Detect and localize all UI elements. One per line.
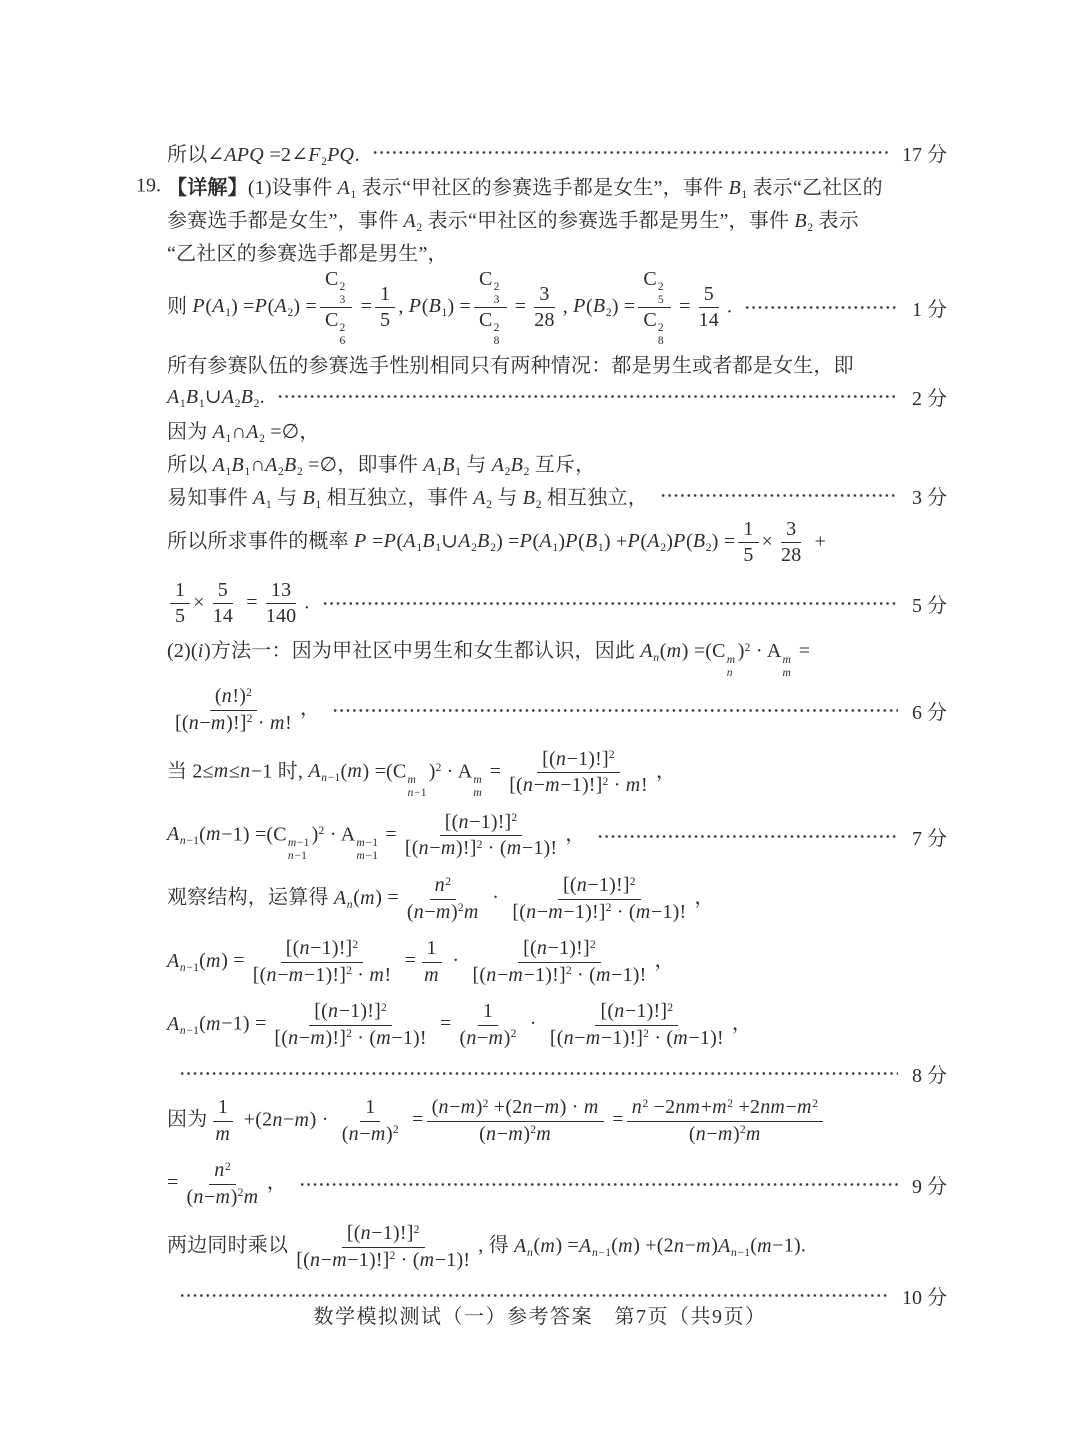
answer-line: An−1(m−1) =[(n−1)!]2[(n−m)!]2 · (m−1)! =… xyxy=(167,994,947,1057)
item-number: 19. xyxy=(136,174,161,197)
answer-line: An−1(m) =[(n−1)!]2[(n−m−1)!]2 · m! =1m ·… xyxy=(167,931,947,994)
answer-line: 19.【详解】(1)设事件 A1 表示“甲社区的参赛选手都是女生”，事件 B1 … xyxy=(167,169,947,202)
answer-line: 所以 A1B1∩A2B2 =∅，即事件 A1B1 与 A2B2 互斥， xyxy=(167,446,947,479)
document-page: 所以∠APQ =2∠F2PQ.17 分19.【详解】(1)设事件 A1 表示“甲… xyxy=(0,0,1080,1452)
dotted-leader xyxy=(299,1180,898,1189)
math-expression: An−1(m−1) =(Cm−1n−1)2 · Am−1m−1 =[(n−1)!… xyxy=(167,811,585,862)
dotted-leader xyxy=(179,1069,898,1078)
answer-line: (2)(i)方法一：因为甲社区中男生和女生都认识，因此 An(m) =(Cmn)… xyxy=(167,634,947,678)
score-label: 7 分 xyxy=(912,822,947,851)
dotted-leader xyxy=(277,392,898,401)
answer-line: “乙社区的参赛选手都是男生”， xyxy=(167,235,947,268)
answer-line: 所以∠APQ =2∠F2PQ.17 分 xyxy=(167,136,947,169)
dotted-leader xyxy=(744,303,898,312)
math-expression: =n2(n−m)2m， xyxy=(167,1159,287,1209)
answer-line: 当 2≤m≤n−1 时, An−1(m) =(Cmn−1)2 · Amm =[(… xyxy=(167,742,947,805)
answer-line: A1B1∪A2B2.2 分 xyxy=(167,380,947,413)
dotted-leader xyxy=(660,491,898,500)
answer-line: 因为 A1∩A2 =∅， xyxy=(167,413,947,446)
math-expression: A1B1∪A2B2. xyxy=(167,384,265,409)
dotted-leader xyxy=(597,832,898,841)
math-expression: 所以所求事件的概率 P =P(A1B1∪A2B2) =P(A1)P(B1) +P… xyxy=(167,518,826,568)
math-expression: 参赛选手都是女生”，事件 A2 表示“甲社区的参赛选手都是男生”，事件 B2 表… xyxy=(167,204,859,233)
answer-line: 所以所求事件的概率 P =P(A1B1∪A2B2) =P(A1)P(B1) +P… xyxy=(167,512,947,573)
score-label: 1 分 xyxy=(912,293,947,322)
math-expression: An−1(m) =[(n−1)!]2[(n−m−1)!]2 · m! =1m ·… xyxy=(167,937,675,987)
math-expression: An−1(m−1) =[(n−1)!]2[(n−m)!]2 · (m−1)! =… xyxy=(167,1000,752,1050)
answer-line: 8 分 xyxy=(167,1057,947,1090)
dotted-leader xyxy=(372,148,888,157)
math-expression: 因为1m +(2n−m) · 1(n−m)2 =(n−m)2 +(2n−m) ·… xyxy=(167,1096,826,1146)
math-expression: 【详解】(1)设事件 A1 表示“甲社区的参赛选手都是女生”，事件 B1 表示“… xyxy=(167,171,883,200)
score-label: 3 分 xyxy=(912,481,947,510)
math-expression: 则 P(A1) =P(A2) =C23C26 =15, P(B1) =C23C2… xyxy=(167,268,732,347)
dotted-leader xyxy=(179,1291,888,1300)
math-expression: 两边同时乘以[(n−1)!]2[(n−m−1)!]2 · (m−1)!, 得 A… xyxy=(167,1222,806,1272)
math-expression: 易知事件 A1 与 B1 相互独立，事件 A2 与 B2 相互独立， xyxy=(167,481,648,510)
answer-line: 15×514 =13140.5 分 xyxy=(167,573,947,634)
math-expression: “乙社区的参赛选手都是男生”， xyxy=(167,237,448,266)
answer-line: (n!)2[(n−m)!]2 · m!，6 分 xyxy=(167,679,947,742)
math-expression: 当 2≤m≤n−1 时, An−1(m) =(Cmn−1)2 · Amm =[(… xyxy=(167,748,676,799)
math-expression: 因为 A1∩A2 =∅， xyxy=(167,415,320,444)
page-footer: 数学模拟测试（一）参考答案 第7页（共9页） xyxy=(0,1300,1080,1329)
answer-line: 两边同时乘以[(n−1)!]2[(n−m−1)!]2 · (m−1)!, 得 A… xyxy=(167,1216,947,1279)
answer-line: 所有参赛队伍的参赛选手性别相同只有两种情况：都是男生或者都是女生，即 xyxy=(167,347,947,380)
math-expression: (n!)2[(n−m)!]2 · m!， xyxy=(167,685,320,735)
math-expression: (2)(i)方法一：因为甲社区中男生和女生都认识，因此 An(m) =(Cmn)… xyxy=(167,634,810,678)
answer-line: =n2(n−m)2m，9 分 xyxy=(167,1153,947,1216)
score-label: 5 分 xyxy=(912,589,947,618)
answer-line: 则 P(A1) =P(A2) =C23C26 =15, P(B1) =C23C2… xyxy=(167,268,947,347)
math-expression: 所以∠APQ =2∠F2PQ. xyxy=(167,138,360,167)
answer-line: 观察结构，运算得 An(m) =n2(n−m)2m · [(n−1)!]2[(n… xyxy=(167,868,947,931)
score-label: 9 分 xyxy=(912,1170,947,1199)
score-label: 2 分 xyxy=(912,382,947,411)
content: 所以∠APQ =2∠F2PQ.17 分19.【详解】(1)设事件 A1 表示“甲… xyxy=(167,136,947,1312)
dotted-leader xyxy=(332,706,898,715)
score-label: 8 分 xyxy=(912,1059,947,1088)
math-expression: 所有参赛队伍的参赛选手性别相同只有两种情况：都是男生或者都是女生，即 xyxy=(167,349,854,378)
answer-line: 因为1m +(2n−m) · 1(n−m)2 =(n−m)2 +(2n−m) ·… xyxy=(167,1090,947,1153)
answer-line: 参赛选手都是女生”，事件 A2 表示“甲社区的参赛选手都是男生”，事件 B2 表… xyxy=(167,202,947,235)
dotted-leader xyxy=(322,599,898,608)
answer-line: An−1(m−1) =(Cm−1n−1)2 · Am−1m−1 =[(n−1)!… xyxy=(167,805,947,868)
answer-line: 易知事件 A1 与 B1 相互独立，事件 A2 与 B2 相互独立，3 分 xyxy=(167,479,947,512)
score-label: 17 分 xyxy=(902,138,947,167)
math-expression: 所以 A1B1∩A2B2 =∅，即事件 A1B1 与 A2B2 互斥， xyxy=(167,448,595,477)
math-expression: 15×514 =13140. xyxy=(167,579,310,629)
math-expression: 观察结构，运算得 An(m) =n2(n−m)2m · [(n−1)!]2[(n… xyxy=(167,874,715,924)
score-label: 6 分 xyxy=(912,696,947,725)
